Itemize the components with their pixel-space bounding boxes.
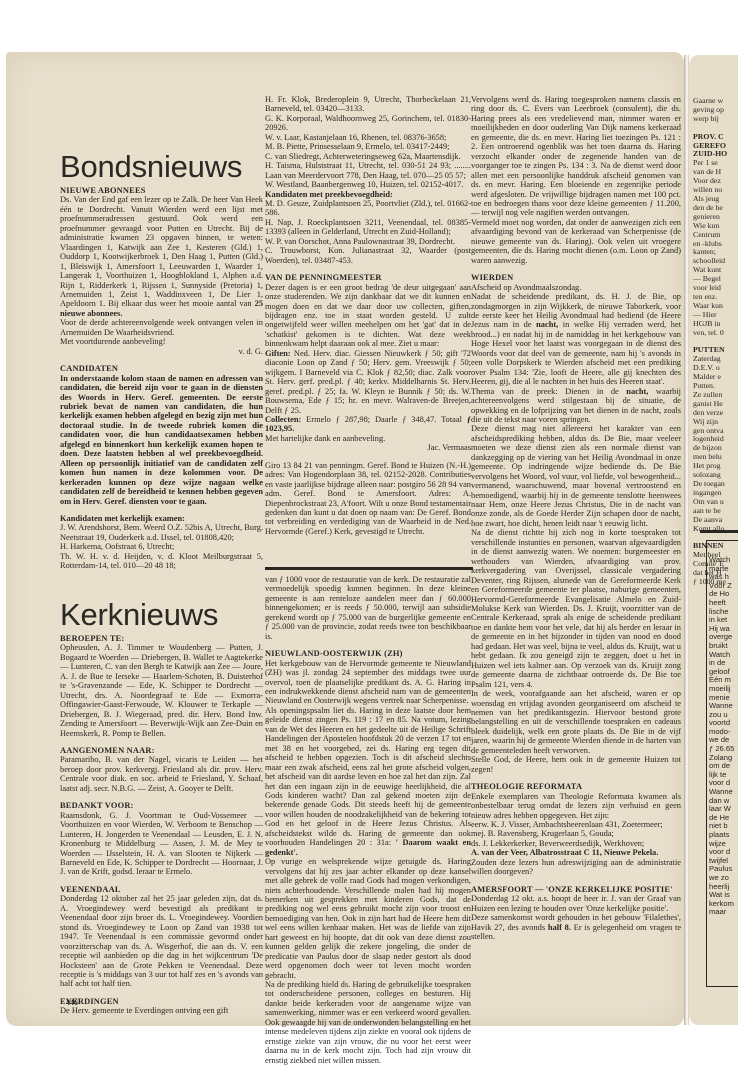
section-title-kerknieuws: Kerknieuws: [60, 598, 263, 632]
heading-wierden: WIERDEN: [471, 273, 681, 282]
list-item: M. B. Piette, Prinsesselaan 9, Ermelo, t…: [265, 142, 471, 151]
article-text: Voor de derde achtereenvolgende week ont…: [60, 318, 263, 337]
article-everdingen-continued: van ƒ 1000 voor de restauratie van de ke…: [265, 575, 471, 641]
section-title-bondsnieuws: Bondsnieuws: [60, 150, 263, 184]
giften-list: Giften: Ned. Herv. diac. Giessen Nieuwke…: [265, 349, 471, 415]
heading-beroepen: BEROEPEN TE:: [60, 634, 263, 643]
article-amersfoort: Donderdag 12 okt. a.s. hoopt de heer ir.…: [471, 894, 681, 913]
section-divider-rule: [265, 567, 473, 570]
column-2-top: H. Fr. Klok, Brederoplein 9, Utrecht, Th…: [265, 95, 471, 536]
list-item: H. Taisma, Hulststraat 11, Utrecht, tel.…: [265, 161, 471, 180]
list-item: W. P. van Oorschot, Anna Paulownastraat …: [265, 237, 471, 246]
fragment-line: ven, tel. 0: [693, 329, 738, 338]
article-everdingen: De Herv. gemeente te Everdingen ontving …: [60, 1006, 263, 1015]
heading-bedankt: BEDANKT VOOR:: [60, 801, 263, 810]
page-number: 446: [66, 998, 78, 1007]
next-page-boxed-article: Watchmartewas hVóór Zde Hoheeftlischein …: [706, 540, 738, 987]
list-item: eerw. K. J. Visser, Ambachtsheerenlaan 4…: [471, 820, 681, 829]
article-wierden: Deze dienst mag niet allereerst het kara…: [471, 424, 681, 528]
column-2-bottom: van ƒ 1000 voor de restauratie van de ke…: [265, 575, 471, 1065]
article-theologie: Enkele exemplaren van Theologie Reformat…: [471, 792, 681, 820]
column-1-bottom: Kerknieuws BEROEPEN TE: Opheusden, A. J.…: [60, 598, 263, 1016]
list-item: ds. J. Lekkerkerker, Beverweerdsedijk, W…: [471, 839, 681, 848]
heading-penningmeester: VAN DE PENNINGMEESTER: [265, 273, 471, 282]
heading-theologie-reformata: THEOLOGIE REFORMATA: [471, 782, 681, 791]
article-aangenomen: Paramaribo, B. van der Nagel, vicaris te…: [60, 755, 263, 793]
list-item: Th. W. H. v. d. Heijden, v. d. Kloot Mei…: [60, 552, 263, 571]
list-item: W. Westland, Baanbergenweg 10, Huizen, t…: [265, 180, 471, 189]
giro-info: Giro 13 84 21 van penningm. Geref. Bond …: [265, 461, 471, 537]
list-item: mej. B. Ravensberg, Krugerlaan 5, Gouda;: [471, 829, 681, 838]
subheading-kerkelijk-examen: Kandidaten met kerkelijk examen:: [60, 514, 263, 523]
article-text: Met voortdurende aanbeveling!: [60, 337, 263, 346]
article-wierden: Nadat de scheidende predikant, ds. H. J.…: [471, 292, 681, 387]
article-candidaten-intro: In onderstaande kolom staan de namen en …: [60, 374, 263, 506]
article-wierden: In de week, voorafgaande aan het afschei…: [471, 689, 681, 755]
subheading-preekbevoegdheid: Kandidaten met preekbevoegdheid:: [265, 190, 471, 199]
signature: Jac. Vermaas: [265, 443, 471, 452]
article-nieuwland: Na de prediking hield ds. Haring de gebr…: [265, 980, 471, 1065]
collecten-list: Collecten: Ermelo ƒ 287,98; Daarle ƒ 348…: [265, 415, 471, 434]
article-veenendaal: Donderdag 12 oktober zal het 25 jaar gel…: [60, 894, 263, 989]
list-item: H. Fr. Klok, Brederoplein 9, Utrecht, Th…: [265, 95, 471, 114]
list-item: C. Trouwborst, Kon. Julianastraat 32, Wa…: [265, 246, 471, 265]
article-nieuwland: Op vurige en welsprekende wijze getuigde…: [265, 857, 471, 980]
list-item: W. v. Laar, Kastanjelaan 16, Rhenen, tel…: [265, 133, 471, 142]
next-page-rule: [700, 530, 738, 533]
article-bedankt: Raamsdonk, G. J. Voortman te Oud-Vosseme…: [60, 811, 263, 877]
article-nieuwe-abonnees: Ds. Van der End gaf een lezer op te Zalk…: [60, 195, 263, 318]
article-wierden: Na de dienst richtte hij zich nog in kor…: [471, 528, 681, 689]
signature: v. d. G.: [60, 347, 263, 356]
column-3: Vervolgens werd ds. Haring toegesproken …: [471, 95, 681, 941]
next-page-column-fragment: Gaarne wgeving opwerp bij PROV. CGEREFOZ…: [693, 97, 738, 587]
list-item: C. van Sliedregt, Achterweteringseweg 62…: [265, 152, 471, 161]
list-item: J. W. Arendshorst, Bem. Weerd O.Z. 52bis…: [60, 523, 263, 542]
article-amersfoort: Deze samenkomst wordt gehouden in het ge…: [471, 913, 681, 941]
list-item: G. K. Korporaal, Waldhoornweg 25, Gorinc…: [265, 114, 471, 133]
fragment-line: maar: [709, 908, 734, 917]
article-nieuwland: Het kerkgebouw van de Hervormde gemeente…: [265, 659, 471, 706]
article-text: Met hartelijke dank en aanbeveling.: [265, 434, 471, 443]
heading-candidaten: CANDIDATEN: [60, 364, 263, 373]
article-wierden: Thema van de preek: Dienen in de nacht, …: [471, 387, 681, 425]
heading-nieuwe-abonnees: NIEUWE ABONNEES: [60, 186, 263, 195]
article-nieuwland: Vervolgens werd ds. Haring toegesproken …: [471, 95, 681, 218]
article-nieuwland: Vermeld moet nog worden, dat onder de aa…: [471, 218, 681, 265]
heading-nieuwland: NIEUWLAND-OOSTERWIJK (ZH): [265, 649, 471, 658]
heading-veenendaal: VEENENDAAL: [60, 885, 263, 894]
heading-aangenomen: AANGENOMEN NAAR:: [60, 746, 263, 755]
list-item: A. van der Veer, Albatrosstraat C 11, Ni…: [471, 848, 681, 857]
column-1-top: Bondsnieuws NIEUWE ABONNEES Ds. Van der …: [60, 150, 263, 571]
article-penningmeester: Dezer dagen is er een groot bedrag 'de d…: [265, 283, 471, 349]
article-beroepen: Opheusden, A. J. Timmer te Woudenberg — …: [60, 643, 263, 738]
list-item: H. Harkema, Oofstraat 6, Utrecht;: [60, 542, 263, 551]
article-theologie: Zouden deze lezers hun adreswijziging aa…: [471, 858, 681, 877]
list-item: H. Nap, J. Roeckplantsoen 3211, Veenenda…: [265, 218, 471, 237]
subheading-wierden: Afscheid op Avondmaalszondag.: [471, 283, 681, 292]
heading-everdingen: EVERDINGEN: [60, 997, 263, 1006]
fragment-line: werp bij: [693, 115, 738, 124]
article-nieuwland: Als openingspsalm liet ds. Haring in dez…: [265, 706, 471, 857]
list-item: M. D. Geuze, Zuidplantsoen 25, Poortvlie…: [265, 199, 471, 218]
heading-amersfoort: AMERSFOORT — 'ONZE KERKELIJKE POSITIE': [471, 885, 681, 894]
article-wierden: Stelle God, de Heere, hem ook in de geme…: [471, 755, 681, 774]
